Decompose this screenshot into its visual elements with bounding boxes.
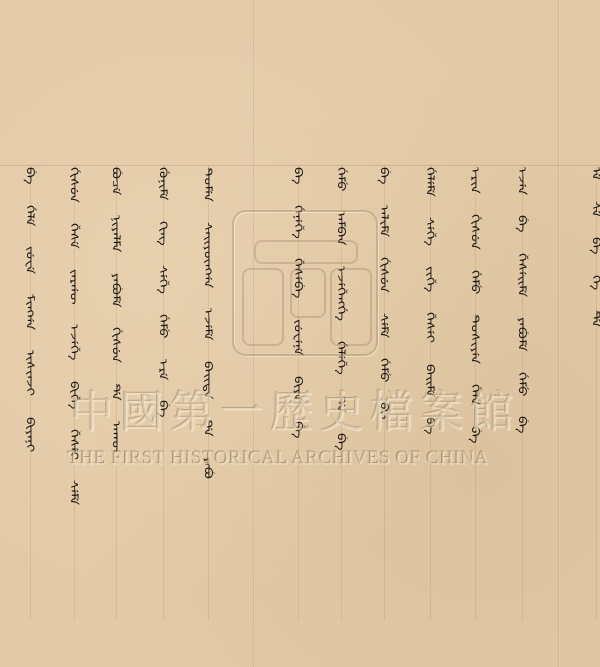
manchu-word: ᡤᡝᠯᡝ: [24, 205, 35, 226]
manchu-word: ᠵᡳᡥᡝ: [424, 266, 435, 292]
manchu-word: ᡤᡳᠰᡠᠨ: [469, 214, 480, 250]
manchu-word: ᡤᡳᠰᡠᠨ: [110, 327, 121, 363]
manchu-word: ᠪᡝ: [590, 237, 600, 255]
document-scan: ᠪᡝᡤᡝᠯᡝᠵᡠᠸᡝᠮᡳᠩᡤᠠᡳᠰᡳᠨᠵᡳᠪᡳᠶᠠᠨᡳᡤᡳᠰᡠᠨᡥᡝᠰᡝᠵᠠᡵᡤ…: [0, 0, 600, 667]
manchu-word: ᡝᠵᡝᡥᡝ: [68, 324, 79, 360]
text-column: ᠮᡝᠰᡝᠪᡝᡤᡝᡩᡝ: [588, 167, 600, 348]
manchu-word: ᠪᠠ: [292, 167, 303, 185]
watermark-english: THE FIRST HISTORICAL ARCHIVES OF CHINA: [68, 448, 538, 470]
manchu-word: ᠶᠠᠪᡠᠮᡝ: [110, 273, 121, 308]
top-rule: [0, 165, 600, 166]
manchu-word: ᡤᡠᠨᡳᠮᡝ: [157, 167, 168, 201]
manchu-word: ᠪᡝ: [516, 215, 527, 233]
manchu-word: ᠪᡳᠶᠠᠨᡳ: [24, 417, 35, 452]
manchu-word: ᡤᡳᠰᡠᠨ: [68, 167, 79, 203]
manchu-word: ᠰᡝ: [590, 201, 600, 218]
manchu-word: ᠰᡝᠮᡝ: [378, 313, 389, 338]
manchu-word: ᡤᡝ: [590, 275, 600, 290]
manchu-word: ᡳᠰᡳᠨᠵᡳ: [24, 350, 35, 396]
manchu-word: ᡤᡝᠮᡠ: [157, 314, 168, 338]
manchu-word: ᠰᡝᡥᡝ: [424, 217, 435, 246]
manchu-word: ᠰᠠᡳᠶᡡᠩᡤᠠ: [202, 222, 213, 288]
text-column: ᠪᡝᡤᡝᠯᡝᠵᡠᠸᡝᠮᡳᠩᡤᠠᡳᠰᡳᠨᠵᡳᠪᡳᠶᠠᠨᡳ: [22, 167, 37, 472]
manchu-word: ᡥᡝᠰᡝ: [68, 223, 79, 249]
watermark-chinese: 中國第一歷史檔案館: [70, 376, 540, 440]
manchu-word: ᠪᡝ: [378, 167, 389, 185]
manchu-word: ᡤᡝᠮᡠ: [469, 270, 480, 294]
manchu-word: ᡥᡝᠰᡝᡳ: [424, 312, 435, 343]
manchu-word: ᡤᡝᠮᡠ: [335, 167, 346, 191]
manchu-word: ᠮᡳᠩᡤᠠ: [24, 294, 35, 330]
manchu-word: ᠶᠠᠪᡠᠮᡝ: [516, 317, 527, 352]
manchu-word: ᠪᡝ: [24, 167, 35, 185]
manchu-word: ᠵᡠᠸᡝ: [24, 246, 35, 274]
manchu-word: ᠰᡝᠮᡝ: [68, 480, 79, 505]
manchu-word: ᡴᡳᠩ: [157, 221, 168, 246]
manchu-word: ᡤᡳᠰᡠᠨ: [378, 257, 389, 293]
manchu-word: ᡥᡝᠰᡝᡳᠮᡝ: [516, 253, 527, 297]
manchu-word: ᡨᡠᠮᡝᠨ: [202, 167, 213, 202]
manchu-word: ᠪᡠᠴᡝ: [110, 167, 121, 195]
archives-seal-icon: [232, 210, 378, 356]
text-column: ᡤᡳᠰᡠᠨᡥᡝᠰᡝᠵᠠᡵᡤᡡᡝᠵᡝᡥᡝᠪᡳᡥᡝᡥᡝᠰᡝᡳᠰᡝᠮᡝ: [66, 167, 81, 526]
manchu-word: ᠰᡝᡥᡝ: [157, 265, 168, 294]
manchu-word: ᡤᡝᠯᡝᠮᡝ: [424, 167, 435, 197]
manchu-word: ᠠᠯᡳᠮᡝ: [378, 205, 389, 237]
manchu-word: ᡝᠵᡝᠨ: [516, 167, 527, 195]
manchu-word: ᠨᡳᠶᠠᠯᠮᠠ: [110, 215, 121, 252]
manchu-word: ᡝᡵᡳᠨ: [469, 167, 480, 194]
fold-line-right: [558, 0, 560, 667]
manchu-word: ᠵᠠᡵᡤᡡ: [68, 269, 79, 305]
manchu-word: ᠮᡝ: [590, 167, 600, 181]
manchu-word: ᡩᡝ: [590, 310, 600, 328]
manchu-word: ᡨᡠᠰᡳᠶᡝᠨ: [469, 314, 480, 364]
manchu-word: ᡝᠵᡝᠮᡝ: [202, 308, 213, 341]
